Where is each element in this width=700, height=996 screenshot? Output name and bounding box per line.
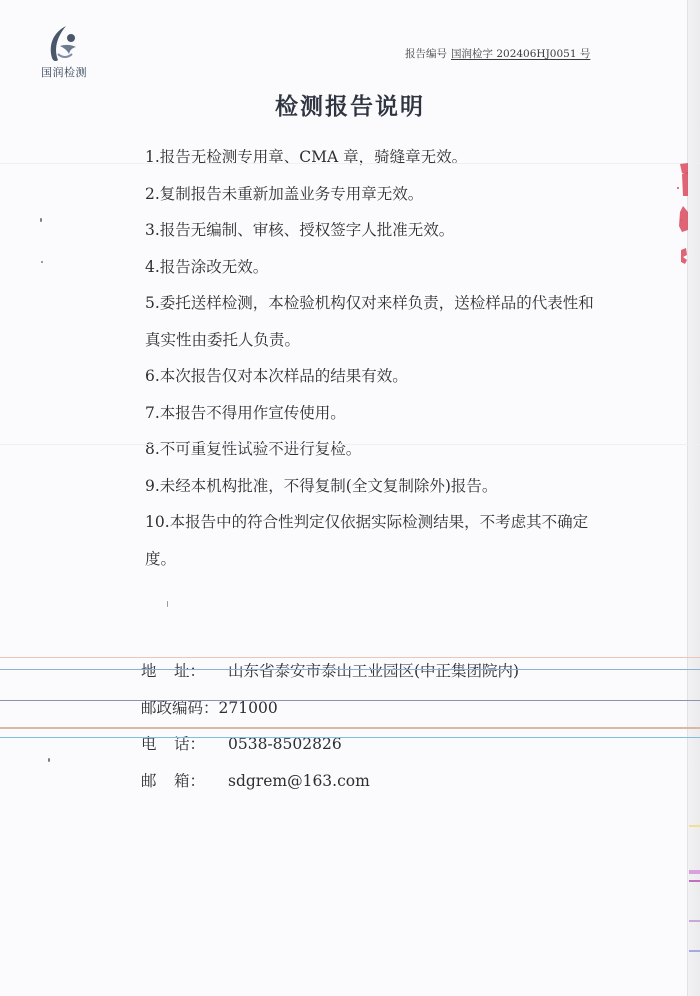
address-label: 地址： (141, 653, 205, 690)
notice-item: 9.未经本机构批准，不得复制(全文复制除外)报告。 (145, 468, 600, 505)
notice-item: 4.报告涂改无效。 (145, 249, 600, 286)
postcode-row: 邮政编码：271000 (141, 690, 611, 727)
logo-text: 国润检测 (34, 64, 94, 80)
notice-item: 8.不可重复性试验不进行复检。 (145, 431, 600, 468)
scan-streak (0, 737, 700, 738)
scan-streak (0, 444, 700, 445)
scan-streak (0, 163, 700, 164)
postcode-label: 邮政编码 (141, 699, 203, 717)
postcode-value: 271000 (219, 699, 278, 717)
contact-info: 地址：山东省泰安市泰山工业园区(中正集团院内) 邮政编码：271000 电话：0… (141, 653, 611, 799)
phone-label: 电话： (141, 726, 205, 763)
scan-streak (0, 700, 700, 701)
notice-item: 6.本次报告仅对本次样品的结果有效。 (145, 358, 600, 395)
address-row: 地址：山东省泰安市泰山工业园区(中正集团院内) (141, 653, 611, 690)
report-number-value: 国润检字 202406HJ0051 号 (451, 48, 590, 60)
notice-item: 5.委托送样检测，本检验机构仅对来样负责，送检样品的代表性和真实性由委托人负责。 (145, 285, 600, 358)
report-number: 报告编号国润检字 202406HJ0051 号 (405, 46, 590, 61)
guorun-logo-icon (44, 24, 84, 64)
phone-row: 电话：0538-8502826 (141, 726, 611, 763)
notice-item: 2.复制报告未重新加盖业务专用章无效。 (145, 176, 600, 213)
email-row: 邮箱：sdgrem@163.com (141, 763, 611, 800)
page-title: 检测报告说明 (0, 88, 700, 121)
scan-streak (0, 657, 700, 658)
notice-item: 1.报告无检测专用章、CMA 章，骑缝章无效。 (145, 139, 600, 176)
page-edge (687, 0, 700, 996)
notice-item: 10.本报告中的符合性判定仅依据实际检测结果，不考虑其不确定度。 (145, 504, 600, 577)
address-value: 山东省泰安市泰山工业园区(中正集团院内) (228, 662, 519, 680)
notice-list: 1.报告无检测专用章、CMA 章，骑缝章无效。 2.复制报告未重新加盖业务专用章… (145, 139, 600, 577)
email-value: sdgrem@163.com (228, 772, 370, 790)
email-label: 邮箱： (141, 763, 205, 800)
company-logo: 国润检测 (34, 24, 94, 84)
notice-item: 7.本报告不得用作宣传使用。 (145, 395, 600, 432)
scan-streak (0, 669, 700, 670)
seal-stamp-icon (676, 160, 690, 270)
notice-item: 3.报告无编制、审核、授权签字人批准无效。 (145, 212, 600, 249)
report-number-label: 报告编号 (405, 48, 447, 60)
scan-streak (0, 727, 700, 729)
document-page: 国润检测 报告编号国润检字 202406HJ0051 号 检测报告说明 1.报告… (0, 0, 700, 996)
